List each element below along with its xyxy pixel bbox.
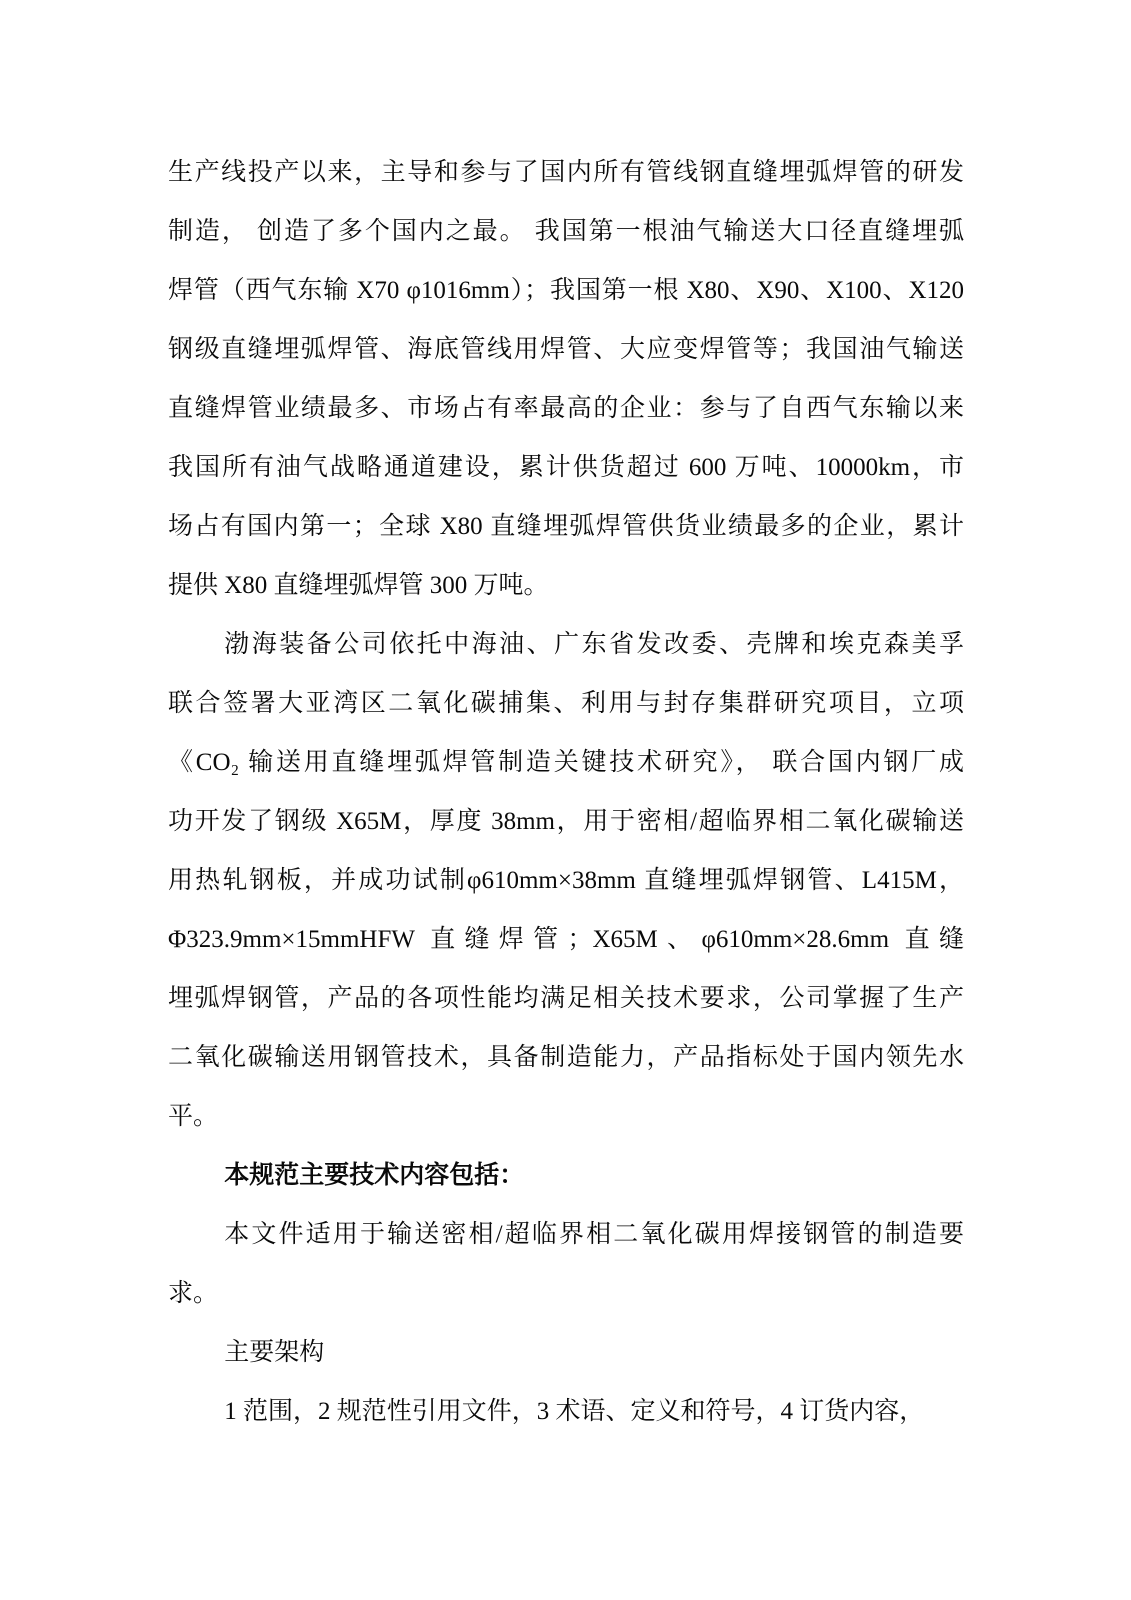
- text-line: 制造， 创造了多个国内之最。 我国第一根油气输送大口径直缝埋弧: [168, 202, 964, 261]
- text-line: 1 范围，2 规范性引用文件，3 术语、定义和符号，4 订货内容，: [168, 1382, 964, 1441]
- paragraph: 生产线投产以来，主导和参与了国内所有管线钢直缝埋弧焊管的研发制造， 创造了多个国…: [168, 143, 964, 615]
- text-line: 用热轧钢板，并成功试制φ610mm×38mm 直缝埋弧焊钢管、L415M，: [168, 851, 964, 910]
- text-line: Φ323.9mm×15mmHFW 直缝焊管；X65M、φ610mm×28.6mm…: [168, 910, 964, 969]
- paragraph: 渤海装备公司依托中海油、广东省发改委、壳牌和埃克森美孚联合签署大亚湾区二氧化碳捕…: [168, 615, 964, 1146]
- text-line: 本文件适用于输送密相/超临界相二氧化碳用焊接钢管的制造要: [168, 1205, 964, 1264]
- text-line: 本规范主要技术内容包括：: [168, 1146, 964, 1205]
- text-line: 二氧化碳输送用钢管技术，具备制造能力，产品指标处于国内领先水: [168, 1028, 964, 1087]
- text-line: 《CO₂ 输送用直缝埋弧焊管制造关键技术研究》， 联合国内钢厂成: [168, 733, 964, 792]
- text-line: 焊管（西气东输 X70 φ1016mm）；我国第一根 X80、X90、X100、…: [168, 261, 964, 320]
- text-line: 埋弧焊钢管，产品的各项性能均满足相关技术要求，公司掌握了生产: [168, 969, 964, 1028]
- document-body: 生产线投产以来，主导和参与了国内所有管线钢直缝埋弧焊管的研发制造， 创造了多个国…: [168, 143, 964, 1441]
- document-page: 生产线投产以来，主导和参与了国内所有管线钢直缝埋弧焊管的研发制造， 创造了多个国…: [0, 0, 1131, 1600]
- text-line: 我国所有油气战略通道建设，累计供货超过 600 万吨、10000km，市: [168, 438, 964, 497]
- text-line: 场占有国内第一；全球 X80 直缝埋弧焊管供货业绩最多的企业，累计: [168, 497, 964, 556]
- text-line: 功开发了钢级 X65M，厚度 38mm，用于密相/超临界相二氧化碳输送: [168, 792, 964, 851]
- text-line: 直缝焊管业绩最多、市场占有率最高的企业：参与了自西气东输以来: [168, 379, 964, 438]
- text-line: 渤海装备公司依托中海油、广东省发改委、壳牌和埃克森美孚: [168, 615, 964, 674]
- text-line: 求。: [168, 1264, 964, 1323]
- text-line: 提供 X80 直缝埋弧焊管 300 万吨。: [168, 556, 964, 615]
- section-heading: 本规范主要技术内容包括：: [168, 1146, 964, 1205]
- text-line: 主要架构: [168, 1323, 964, 1382]
- text-line: 生产线投产以来，主导和参与了国内所有管线钢直缝埋弧焊管的研发: [168, 143, 964, 202]
- text-line: 联合签署大亚湾区二氧化碳捕集、利用与封存集群研究项目，立项: [168, 674, 964, 733]
- paragraph: 本文件适用于输送密相/超临界相二氧化碳用焊接钢管的制造要求。: [168, 1205, 964, 1323]
- text-line: 钢级直缝埋弧焊管、海底管线用焊管、大应变焊管等；我国油气输送: [168, 320, 964, 379]
- paragraph: 1 范围，2 规范性引用文件，3 术语、定义和符号，4 订货内容，: [168, 1382, 964, 1441]
- paragraph: 主要架构: [168, 1323, 964, 1382]
- text-line: 平。: [168, 1087, 964, 1146]
